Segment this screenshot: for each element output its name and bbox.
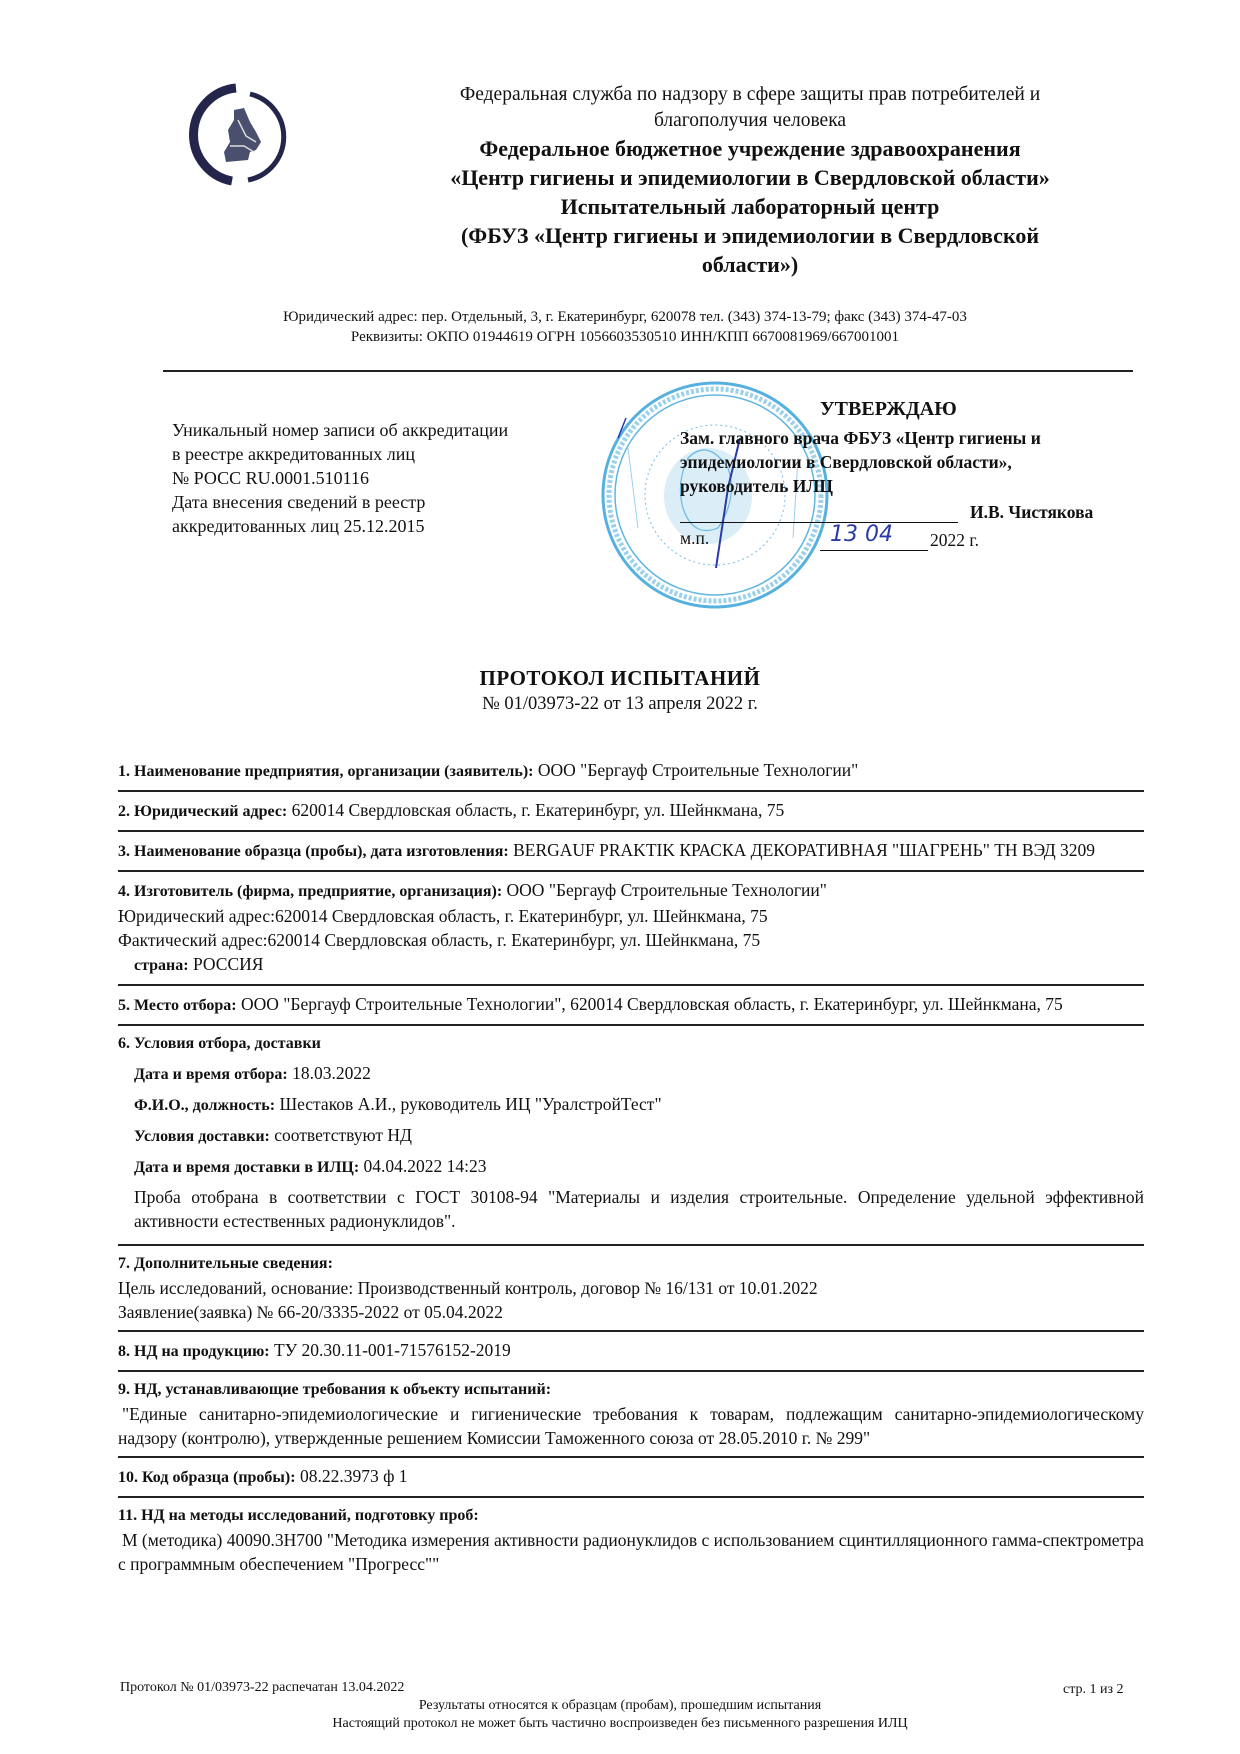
approval-title: УТВЕРЖДАЮ — [820, 398, 957, 421]
section-label: 3. Наименование образца (пробы), дата из… — [118, 843, 509, 860]
org-name: Испытательный лабораторный центр — [390, 192, 1110, 221]
protocol-title: ПРОТОКОЛ ИСПЫТАНИЙ — [0, 666, 1240, 691]
delivery-label: Условия доставки: — [134, 1128, 270, 1145]
address-line: Юридический адрес: пер. Отдельный, 3, г.… — [150, 307, 1100, 327]
header-line: Федеральная служба по надзору в сфере за… — [390, 82, 1110, 108]
section-value: "Единые санитарно-эпидемиологические и г… — [118, 1402, 1144, 1450]
accreditation-line: Уникальный номер записи об аккредитации — [172, 418, 592, 442]
section-label: 1. Наименование предприятия, организации… — [118, 763, 534, 780]
seal-place-label: м.п. — [680, 528, 709, 549]
section-additional-info: 7. Дополнительные сведения: Цель исследо… — [118, 1246, 1144, 1332]
manufacturer-legal-address: Юридический адрес:620014 Свердловская об… — [118, 904, 1144, 928]
accreditation-line: в реестре аккредитованных лиц — [172, 442, 592, 466]
approval-year: 2022 г. — [930, 530, 979, 551]
sample-date-label: Дата и время отбора: — [134, 1066, 288, 1083]
person-value: Шестаков А.И., руководитель ИЦ "Уралстро… — [275, 1094, 662, 1114]
approver-name: И.В. Чистякова — [970, 502, 1093, 523]
application-line: Заявление(заявка) № 66-20/3335-2022 от 0… — [118, 1300, 1144, 1324]
org-address: Юридический адрес: пер. Отдельный, 3, г.… — [150, 307, 1100, 347]
section-label: 9. НД, устанавливающие требования к объе… — [118, 1378, 1144, 1402]
delivery-date: 04.04.2022 14:23 — [359, 1156, 486, 1176]
section-value: М (методика) 40090.3Н700 "Методика измер… — [118, 1528, 1144, 1576]
section-label: 5. Место отбора: — [118, 997, 237, 1014]
sampling-note: Проба отобрана в соответствии с ГОСТ 301… — [118, 1185, 1144, 1233]
section-legal-address: 2. Юридический адрес: 620014 Свердловска… — [118, 792, 1144, 832]
header-divider — [163, 370, 1133, 372]
date-line — [820, 550, 928, 551]
section-value: ООО "Бергауф Строительные Технологии" — [534, 760, 859, 780]
organization-header: Федеральная служба по надзору в сфере за… — [390, 82, 1110, 279]
signature-line — [680, 522, 958, 523]
protocol-number: № 01/03973-22 от 13 апреля 2022 г. — [0, 694, 1240, 715]
section-sampling-conditions: 6. Условия отбора, доставки Дата и время… — [118, 1026, 1144, 1246]
section-methods-nd: 11. НД на методы исследований, подготовк… — [118, 1498, 1144, 1582]
section-label: 10. Код образца (пробы): — [118, 1469, 296, 1486]
person-label: Ф.И.О., должность: — [134, 1097, 275, 1114]
section-value: 08.22.3973 ф 1 — [296, 1466, 408, 1486]
position-line: руководитель ИЛЦ — [680, 474, 1120, 498]
section-value: ООО "Бергауф Строительные Технологии" — [502, 880, 827, 900]
section-value: 620014 Свердловская область, г. Екатерин… — [287, 800, 784, 820]
section-value: BERGAUF PRAKTIK КРАСКА ДЕКОРАТИВНАЯ "ШАГ… — [509, 840, 1095, 860]
country-label: страна: — [134, 957, 189, 974]
handwritten-date: 13 04 — [830, 522, 893, 547]
requisites-line: Реквизиты: ОКПО 01944619 ОГРН 1056603530… — [150, 327, 1100, 347]
position-line: эпидемиологии в Свердловской области», — [680, 450, 1120, 474]
header-line: благополучия человека — [390, 108, 1110, 134]
section-sample-code: 10. Код образца (пробы): 08.22.3973 ф 1 — [118, 1458, 1144, 1498]
org-name: области») — [390, 250, 1110, 279]
org-name: (ФБУЗ «Центр гигиены и эпидемиологии в С… — [390, 221, 1110, 250]
position-line: Зам. главного врача ФБУЗ «Центр гигиены … — [680, 426, 1120, 450]
footer-note: Результаты относятся к образцам (пробам)… — [0, 1698, 1240, 1714]
sample-date: 18.03.2022 — [288, 1063, 371, 1083]
org-name: «Центр гигиены и эпидемиологии в Свердло… — [390, 163, 1110, 192]
page-number: стр. 1 из 2 — [1063, 1682, 1124, 1698]
section-value: ТУ 20.30.11-001-71576152-2019 — [270, 1340, 511, 1360]
manufacturer-actual-address: Фактический адрес:620014 Свердловская об… — [118, 928, 1144, 952]
approver-position: Зам. главного врача ФБУЗ «Центр гигиены … — [680, 426, 1120, 498]
section-label: 11. НД на методы исследований, подготовк… — [118, 1504, 1144, 1528]
org-name: Федеральное бюджетное учреждение здравоо… — [390, 134, 1110, 163]
section-requirements-nd: 9. НД, устанавливающие требования к объе… — [118, 1372, 1144, 1458]
purpose-line: Цель исследований, основание: Производст… — [118, 1276, 1144, 1300]
section-value: ООО "Бергауф Строительные Технологии", 6… — [237, 994, 1063, 1014]
section-applicant: 1. Наименование предприятия, организации… — [118, 752, 1144, 792]
section-label: 2. Юридический адрес: — [118, 803, 287, 820]
sverdlovsk-region-logo-icon — [186, 80, 296, 190]
protocol-sections: 1. Наименование предприятия, организации… — [118, 752, 1144, 1582]
section-label: 7. Дополнительные сведения: — [118, 1252, 1144, 1276]
section-label: 4. Изготовитель (фирма, предприятие, орг… — [118, 883, 502, 900]
section-label: 6. Условия отбора, доставки — [118, 1032, 1144, 1056]
section-product-nd: 8. НД на продукцию: ТУ 20.30.11-001-7157… — [118, 1332, 1144, 1372]
accreditation-line: Дата внесения сведений в реестр — [172, 490, 592, 514]
delivery-date-label: Дата и время доставки в ИЛЦ: — [134, 1159, 359, 1176]
section-label: 8. НД на продукцию: — [118, 1343, 270, 1360]
section-sampling-place: 5. Место отбора: ООО "Бергауф Строительн… — [118, 986, 1144, 1026]
test-protocol-page: Федеральная служба по надзору в сфере за… — [0, 0, 1240, 1754]
footer-note: Настоящий протокол не может быть частичн… — [0, 1716, 1240, 1732]
section-manufacturer: 4. Изготовитель (фирма, предприятие, орг… — [118, 872, 1144, 986]
accreditation-info: Уникальный номер записи об аккредитации … — [172, 418, 592, 538]
delivery-value: соответствуют НД — [270, 1125, 412, 1145]
section-sample-name: 3. Наименование образца (пробы), дата из… — [118, 832, 1144, 872]
accreditation-date: аккредитованных лиц 25.12.2015 — [172, 514, 592, 538]
country-value: РОССИЯ — [189, 954, 264, 974]
accreditation-number: № РОСС RU.0001.510116 — [172, 466, 592, 490]
print-info: Протокол № 01/03973-22 распечатан 13.04.… — [120, 1680, 404, 1696]
